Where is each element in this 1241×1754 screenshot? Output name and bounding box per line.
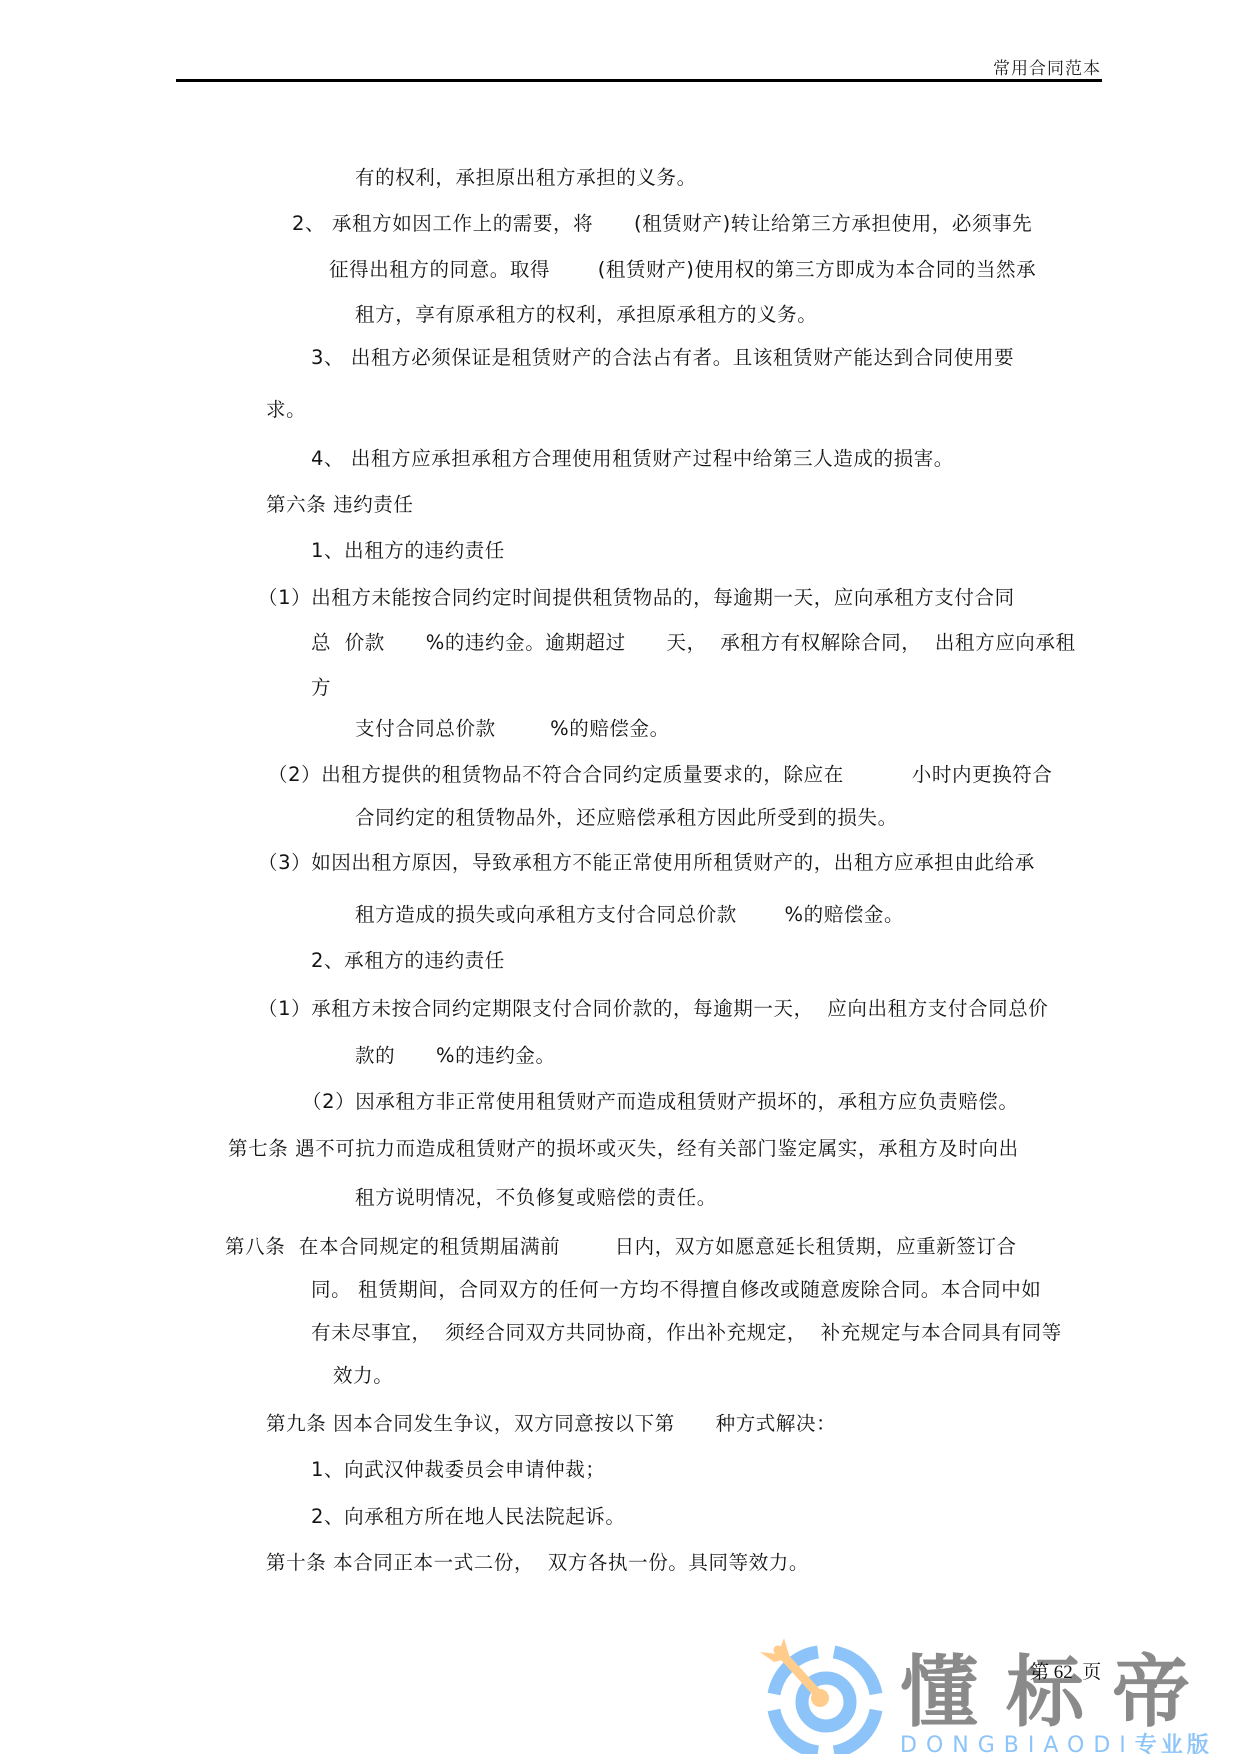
text-line: 第八条 在本合同规定的租赁期届满前 日内，双方如愿意延长租赁期，应重新签订合 — [225, 1235, 1017, 1259]
text-line: 2、 承租方如因工作上的需要，将 (租赁财产)转让给第三方承担使用，必须事先 — [292, 212, 1032, 236]
text-line: 方 — [311, 676, 331, 700]
target-arrow-logo-icon — [748, 1636, 898, 1754]
text-line: 支付合同总价款 %的赔偿金。 — [355, 717, 670, 741]
text-line: 有未尽事宜， 须经合同双方共同协商，作出补充规定， 补充规定与本合同具有同等 — [311, 1321, 1062, 1345]
text-line: 同。 租赁期间，合同双方的任何一方均不得擅自修改或随意废除合同。本合同中如 — [311, 1278, 1041, 1302]
text-line: 4、 出租方应承担承租方合理使用租赁财产过程中给第三人造成的损害。 — [311, 447, 954, 471]
text-line: 第九条 因本合同发生争议，双方同意按以下第 种方式解决： — [266, 1412, 836, 1436]
watermark: 懂标帝 DONGBIAODI专业版 — [740, 1636, 1240, 1754]
text-line: （2）出租方提供的租赁物品不符合合同约定质量要求的，除应在 小时内更换符合 — [268, 763, 1053, 787]
text-line: 1、向武汉仲裁委员会申请仲裁； — [311, 1458, 605, 1482]
text-line: 3、 出租方必须保证是租赁财产的合法占有者。且该租赁财产能达到合同使用要 — [311, 346, 1014, 370]
text-line: 效力。 — [333, 1364, 393, 1388]
watermark-brand-en-text: DONGBIAODI — [900, 1733, 1135, 1754]
header-rule — [176, 79, 1102, 82]
text-line: 2、向承租方所在地人民法院起诉。 — [311, 1505, 626, 1529]
text-line: 合同约定的租赁物品外，还应赔偿承租方因此所受到的损失。 — [355, 806, 898, 830]
watermark-brand-en: DONGBIAODI专业版 — [900, 1728, 1213, 1754]
text-line: 租方说明情况，不负修复或赔偿的责任。 — [355, 1186, 717, 1210]
text-line: 款的 %的违约金。 — [355, 1044, 556, 1068]
text-line: （3）如因出租方原因，导致承租方不能正常使用所租赁财产的，出租方应承担由此给承 — [258, 851, 1035, 875]
text-line: （1）出租方未能按合同约定时间提供租赁物品的，每逾期一天，应向承租方支付合同 — [258, 586, 1015, 610]
text-line: 征得出租方的同意。取得 (租赁财产)使用权的第三方即成为本合同的当然承 — [329, 258, 1036, 282]
text-line: 有的权利，承担原出租方承担的义务。 — [355, 166, 697, 190]
text-line: 总 价款 %的违约金。逾期超过 天， 承租方有权解除合同， 出租方应向承租 — [311, 631, 1076, 655]
text-line: 求。 — [266, 398, 306, 422]
running-header-title: 常用合同范本 — [993, 54, 1101, 79]
text-line: 第六条 违约责任 — [266, 493, 414, 517]
text-line: 租方，享有原承租方的权利，承担原承租方的义务。 — [355, 303, 817, 327]
text-line: 租方造成的损失或向承租方支付合同总价款 %的赔偿金。 — [355, 903, 904, 927]
text-line: （1）承租方未按合同约定期限支付合同价款的，每逾期一天， 应向出租方支付合同总价 — [258, 997, 1048, 1021]
text-line: 第七条 遇不可抗力而造成租赁财产的损坏或灭失，经有关部门鉴定属实，承租方及时向出 — [228, 1137, 1019, 1161]
watermark-edition: 专业版 — [1135, 1733, 1213, 1754]
page-number: 第 62 页 — [1030, 1657, 1101, 1684]
text-line: 1、出租方的违约责任 — [311, 539, 505, 563]
text-line: 2、承租方的违约责任 — [311, 949, 505, 973]
text-line: 第十条 本合同正本一式二份， 双方各执一份。具同等效力。 — [266, 1551, 809, 1575]
text-line: （2）因承租方非正常使用租赁财产而造成租赁财产损坏的，承租方应负责赔偿。 — [302, 1090, 1019, 1114]
